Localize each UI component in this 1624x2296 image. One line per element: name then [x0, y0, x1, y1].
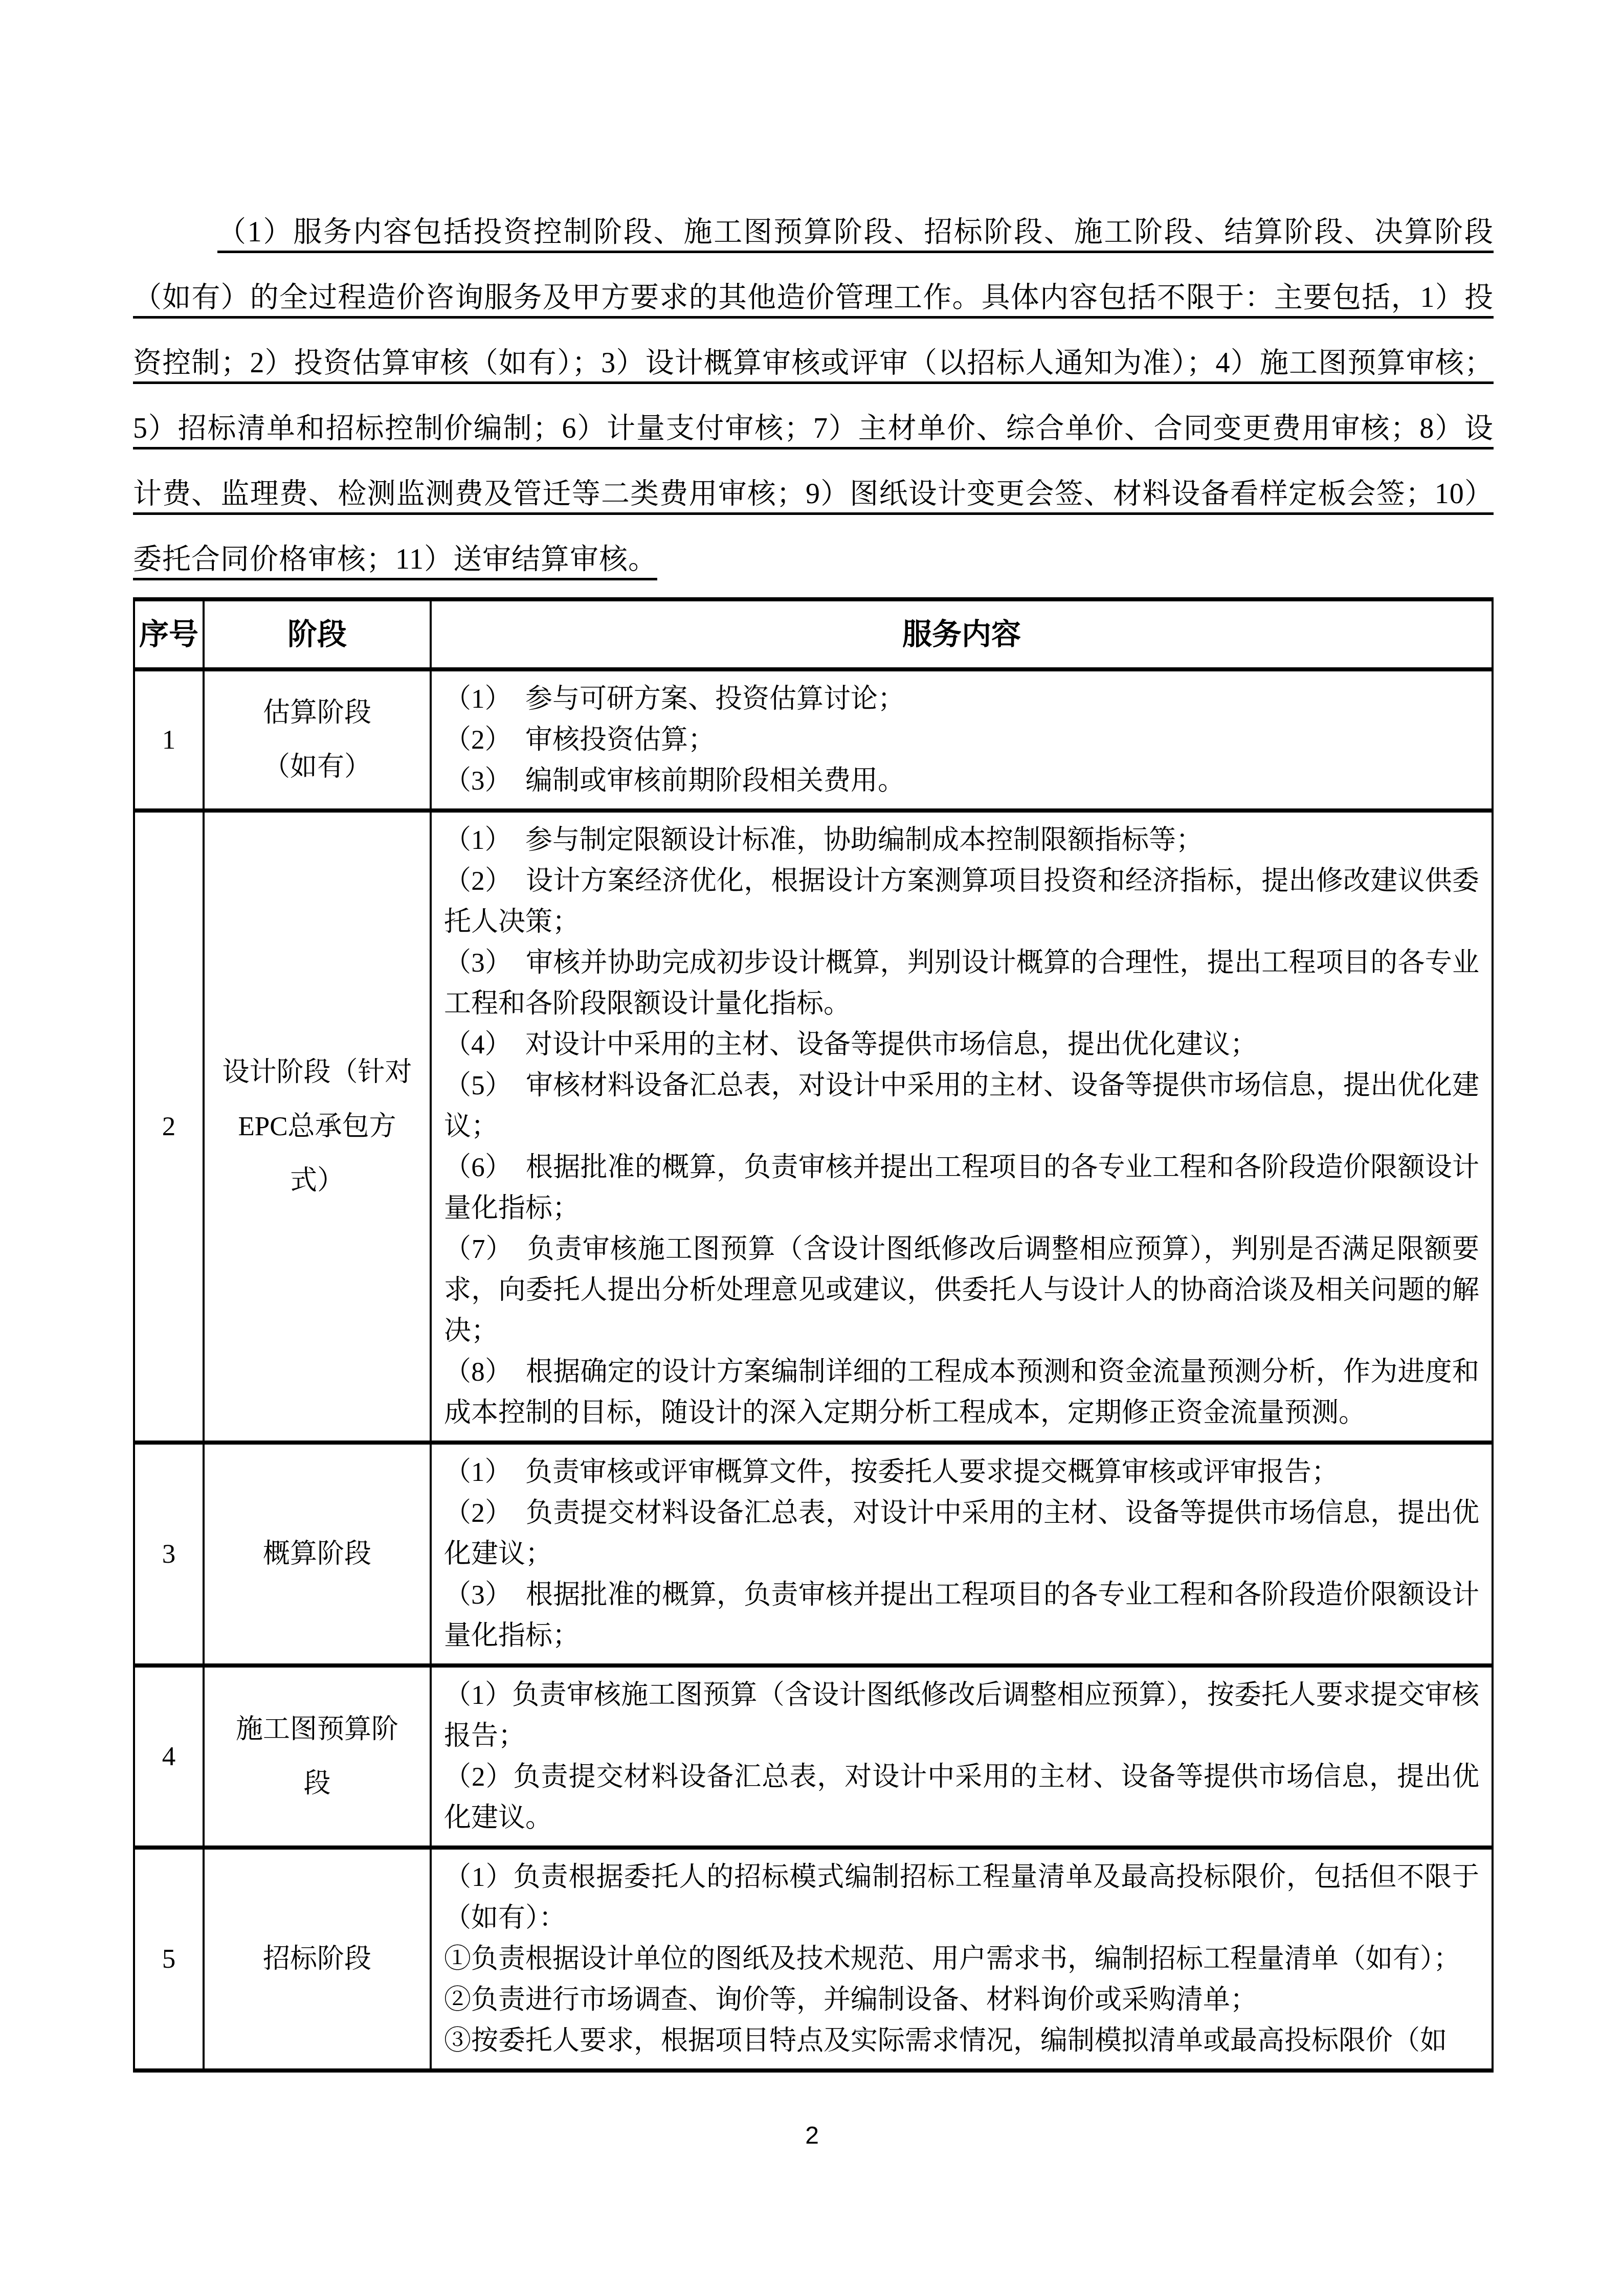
service-item: （7） 负责审核施工图预算（含设计图纸修改后调整相应预算），判别是否满足限额要求…: [444, 1229, 1479, 1352]
table-header-row: 序号 阶段 服务内容: [134, 599, 1493, 669]
row-stage-cell: 施工图预算阶段: [204, 1665, 431, 1848]
service-item: （3） 编制或审核前期阶段相关费用。: [444, 760, 1479, 801]
stage-line: 式）: [213, 1154, 421, 1208]
row-index-cell: 4: [134, 1665, 204, 1848]
stage-line: 段: [213, 1757, 421, 1811]
service-item: （6） 根据批准的概算，负责审核并提出工程项目的各专业工程和各阶段造价限额设计量…: [444, 1147, 1479, 1229]
row-index-cell: 2: [134, 811, 204, 1443]
service-item: （8） 根据确定的设计方案编制详细的工程成本预测和资金流量预测分析，作为进度和成…: [444, 1352, 1479, 1433]
row-stage-cell: 招标阶段: [204, 1848, 431, 2070]
row-content-cell: （1）负责审核施工图预算（含设计图纸修改后调整相应预算），按委托人要求提交审核报…: [431, 1665, 1493, 1848]
service-item: （1）负责根据委托人的招标模式编制招标工程量清单及最高投标限价，包括但不限于（如…: [444, 1857, 1479, 1939]
document-page: （1）服务内容包括投资控制阶段、施工图预算阶段、招标阶段、施工阶段、结算阶段、决…: [0, 0, 1624, 2296]
row-content-cell: （1） 负责审核或评审概算文件，按委托人要求提交概算审核或评审报告；（2） 负责…: [431, 1443, 1493, 1665]
service-item: （1） 参与可研方案、投资估算讨论；: [444, 679, 1479, 719]
intro-paragraph: （1）服务内容包括投资控制阶段、施工图预算阶段、招标阶段、施工阶段、结算阶段、决…: [0, 0, 1624, 592]
service-content-table: 序号 阶段 服务内容 1 估算阶段（如有） （1） 参与可研方案、投资估算讨论；…: [133, 597, 1494, 2073]
service-item: （5） 审核材料设备汇总表，对设计中采用的主材、设备等提供市场信息，提出优化建议…: [444, 1065, 1479, 1147]
row-index-cell: 1: [134, 669, 204, 811]
stage-line: 设计阶段（针对: [213, 1045, 421, 1099]
service-item: （2）负责提交材料设备汇总表，对设计中采用的主材、设备等提供市场信息，提出优化建…: [444, 1757, 1479, 1838]
table-row: 4 施工图预算阶段 （1）负责审核施工图预算（含设计图纸修改后调整相应预算），按…: [134, 1665, 1493, 1848]
service-item: （3） 根据批准的概算，负责审核并提出工程项目的各专业工程和各阶段造价限额设计量…: [444, 1574, 1479, 1656]
service-item: ①负责根据设计单位的图纸及技术规范、用户需求书，编制招标工程量清单（如有）；: [444, 1939, 1479, 1979]
service-item: ②负责进行市场调查、询价等，并编制设备、材料询价或采购清单；: [444, 1979, 1479, 2020]
stage-line: 概算阶段: [213, 1527, 421, 1581]
table-row: 5 招标阶段 （1）负责根据委托人的招标模式编制招标工程量清单及最高投标限价，包…: [134, 1848, 1493, 2070]
table-row: 2 设计阶段（针对EPC总承包方式） （1） 参与制定限额设计标准，协助编制成本…: [134, 811, 1493, 1443]
service-item: （4） 对设计中采用的主材、设备等提供市场信息，提出优化建议；: [444, 1024, 1479, 1065]
row-stage-cell: 设计阶段（针对EPC总承包方式）: [204, 811, 431, 1443]
service-item: （1） 负责审核或评审概算文件，按委托人要求提交概算审核或评审报告；: [444, 1452, 1479, 1493]
row-content-cell: （1） 参与制定限额设计标准，协助编制成本控制限额指标等；（2） 设计方案经济优…: [431, 811, 1493, 1443]
row-content-cell: （1）负责根据委托人的招标模式编制招标工程量清单及最高投标限价，包括但不限于（如…: [431, 1848, 1493, 2070]
stage-line: （如有）: [213, 740, 421, 794]
stage-line: 估算阶段: [213, 686, 421, 740]
row-index-cell: 5: [134, 1848, 204, 2070]
row-content-cell: （1） 参与可研方案、投资估算讨论；（2） 审核投资估算；（3） 编制或审核前期…: [431, 669, 1493, 811]
stage-line: 招标阶段: [213, 1932, 421, 1986]
service-item: （2） 设计方案经济优化，根据设计方案测算项目投资和经济指标，提出修改建议供委托…: [444, 861, 1479, 942]
service-item: （2） 负责提交材料设备汇总表，对设计中采用的主材、设备等提供市场信息，提出优化…: [444, 1493, 1479, 1574]
service-item: （1）负责审核施工图预算（含设计图纸修改后调整相应预算），按委托人要求提交审核报…: [444, 1675, 1479, 1757]
page-number: 2: [0, 2122, 1624, 2150]
col-header-index: 序号: [134, 599, 204, 669]
service-item: （1） 参与制定限额设计标准，协助编制成本控制限额指标等；: [444, 820, 1479, 861]
col-header-stage: 阶段: [204, 599, 431, 669]
table-row: 1 估算阶段（如有） （1） 参与可研方案、投资估算讨论；（2） 审核投资估算；…: [134, 669, 1493, 811]
table-row: 3 概算阶段 （1） 负责审核或评审概算文件，按委托人要求提交概算审核或评审报告…: [134, 1443, 1493, 1665]
row-stage-cell: 概算阶段: [204, 1443, 431, 1665]
service-item: ③按委托人要求，根据项目特点及实际需求情况，编制模拟清单或最高投标限价（如: [444, 2020, 1479, 2061]
row-stage-cell: 估算阶段（如有）: [204, 669, 431, 811]
service-item: （2） 审核投资估算；: [444, 719, 1479, 760]
col-header-content: 服务内容: [431, 599, 1493, 669]
service-item: （3） 审核并协助完成初步设计概算，判别设计概算的合理性，提出工程项目的各专业工…: [444, 942, 1479, 1024]
stage-line: EPC总承包方: [213, 1099, 421, 1154]
stage-line: 施工图预算阶: [213, 1702, 421, 1757]
row-index-cell: 3: [134, 1443, 204, 1665]
